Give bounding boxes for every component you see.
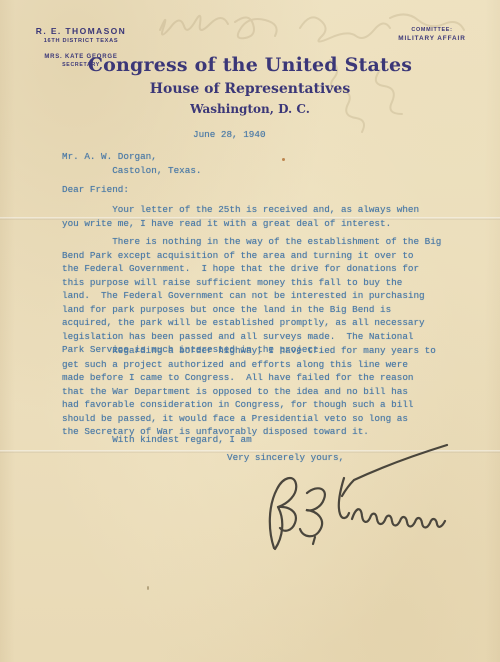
paragraph-2: There is nothing in the way of the estab… <box>62 235 441 357</box>
masthead-congress: Congress of the United States <box>0 54 500 76</box>
letterhead-masthead: Congress of the United States House of R… <box>0 54 500 116</box>
recipient-address: Mr. A. W. Dorgan, Castolon, Texas. <box>62 150 201 177</box>
paper-speck <box>147 586 149 590</box>
salutation: Dear Friend: <box>62 183 129 197</box>
paragraph-3: Regarding a border highway, I have tried… <box>62 344 436 439</box>
masthead-house: House of Representatives <box>0 81 500 97</box>
valediction: Very sincerely yours, <box>227 451 344 465</box>
sender-name: R. E. THOMASON <box>14 26 148 36</box>
masthead-city: Washington, D. C. <box>0 102 500 116</box>
closing-phrase: With kindest regard, I am <box>62 433 252 447</box>
sender-district: 16TH DISTRICT TEXAS <box>14 38 148 44</box>
committee-label: COMMITTEE: <box>374 27 490 33</box>
paper-speck <box>282 158 285 161</box>
paragraph-1: Your letter of the 25th is received and,… <box>62 203 419 230</box>
letterhead-committee-block: COMMITTEE: MILITARY AFFAIR <box>374 27 490 42</box>
letter-date: June 28, 1940 <box>193 128 266 142</box>
committee-name: MILITARY AFFAIR <box>374 35 490 42</box>
letter-page: R. E. THOMASON 16TH DISTRICT TEXAS MRS. … <box>0 0 500 662</box>
